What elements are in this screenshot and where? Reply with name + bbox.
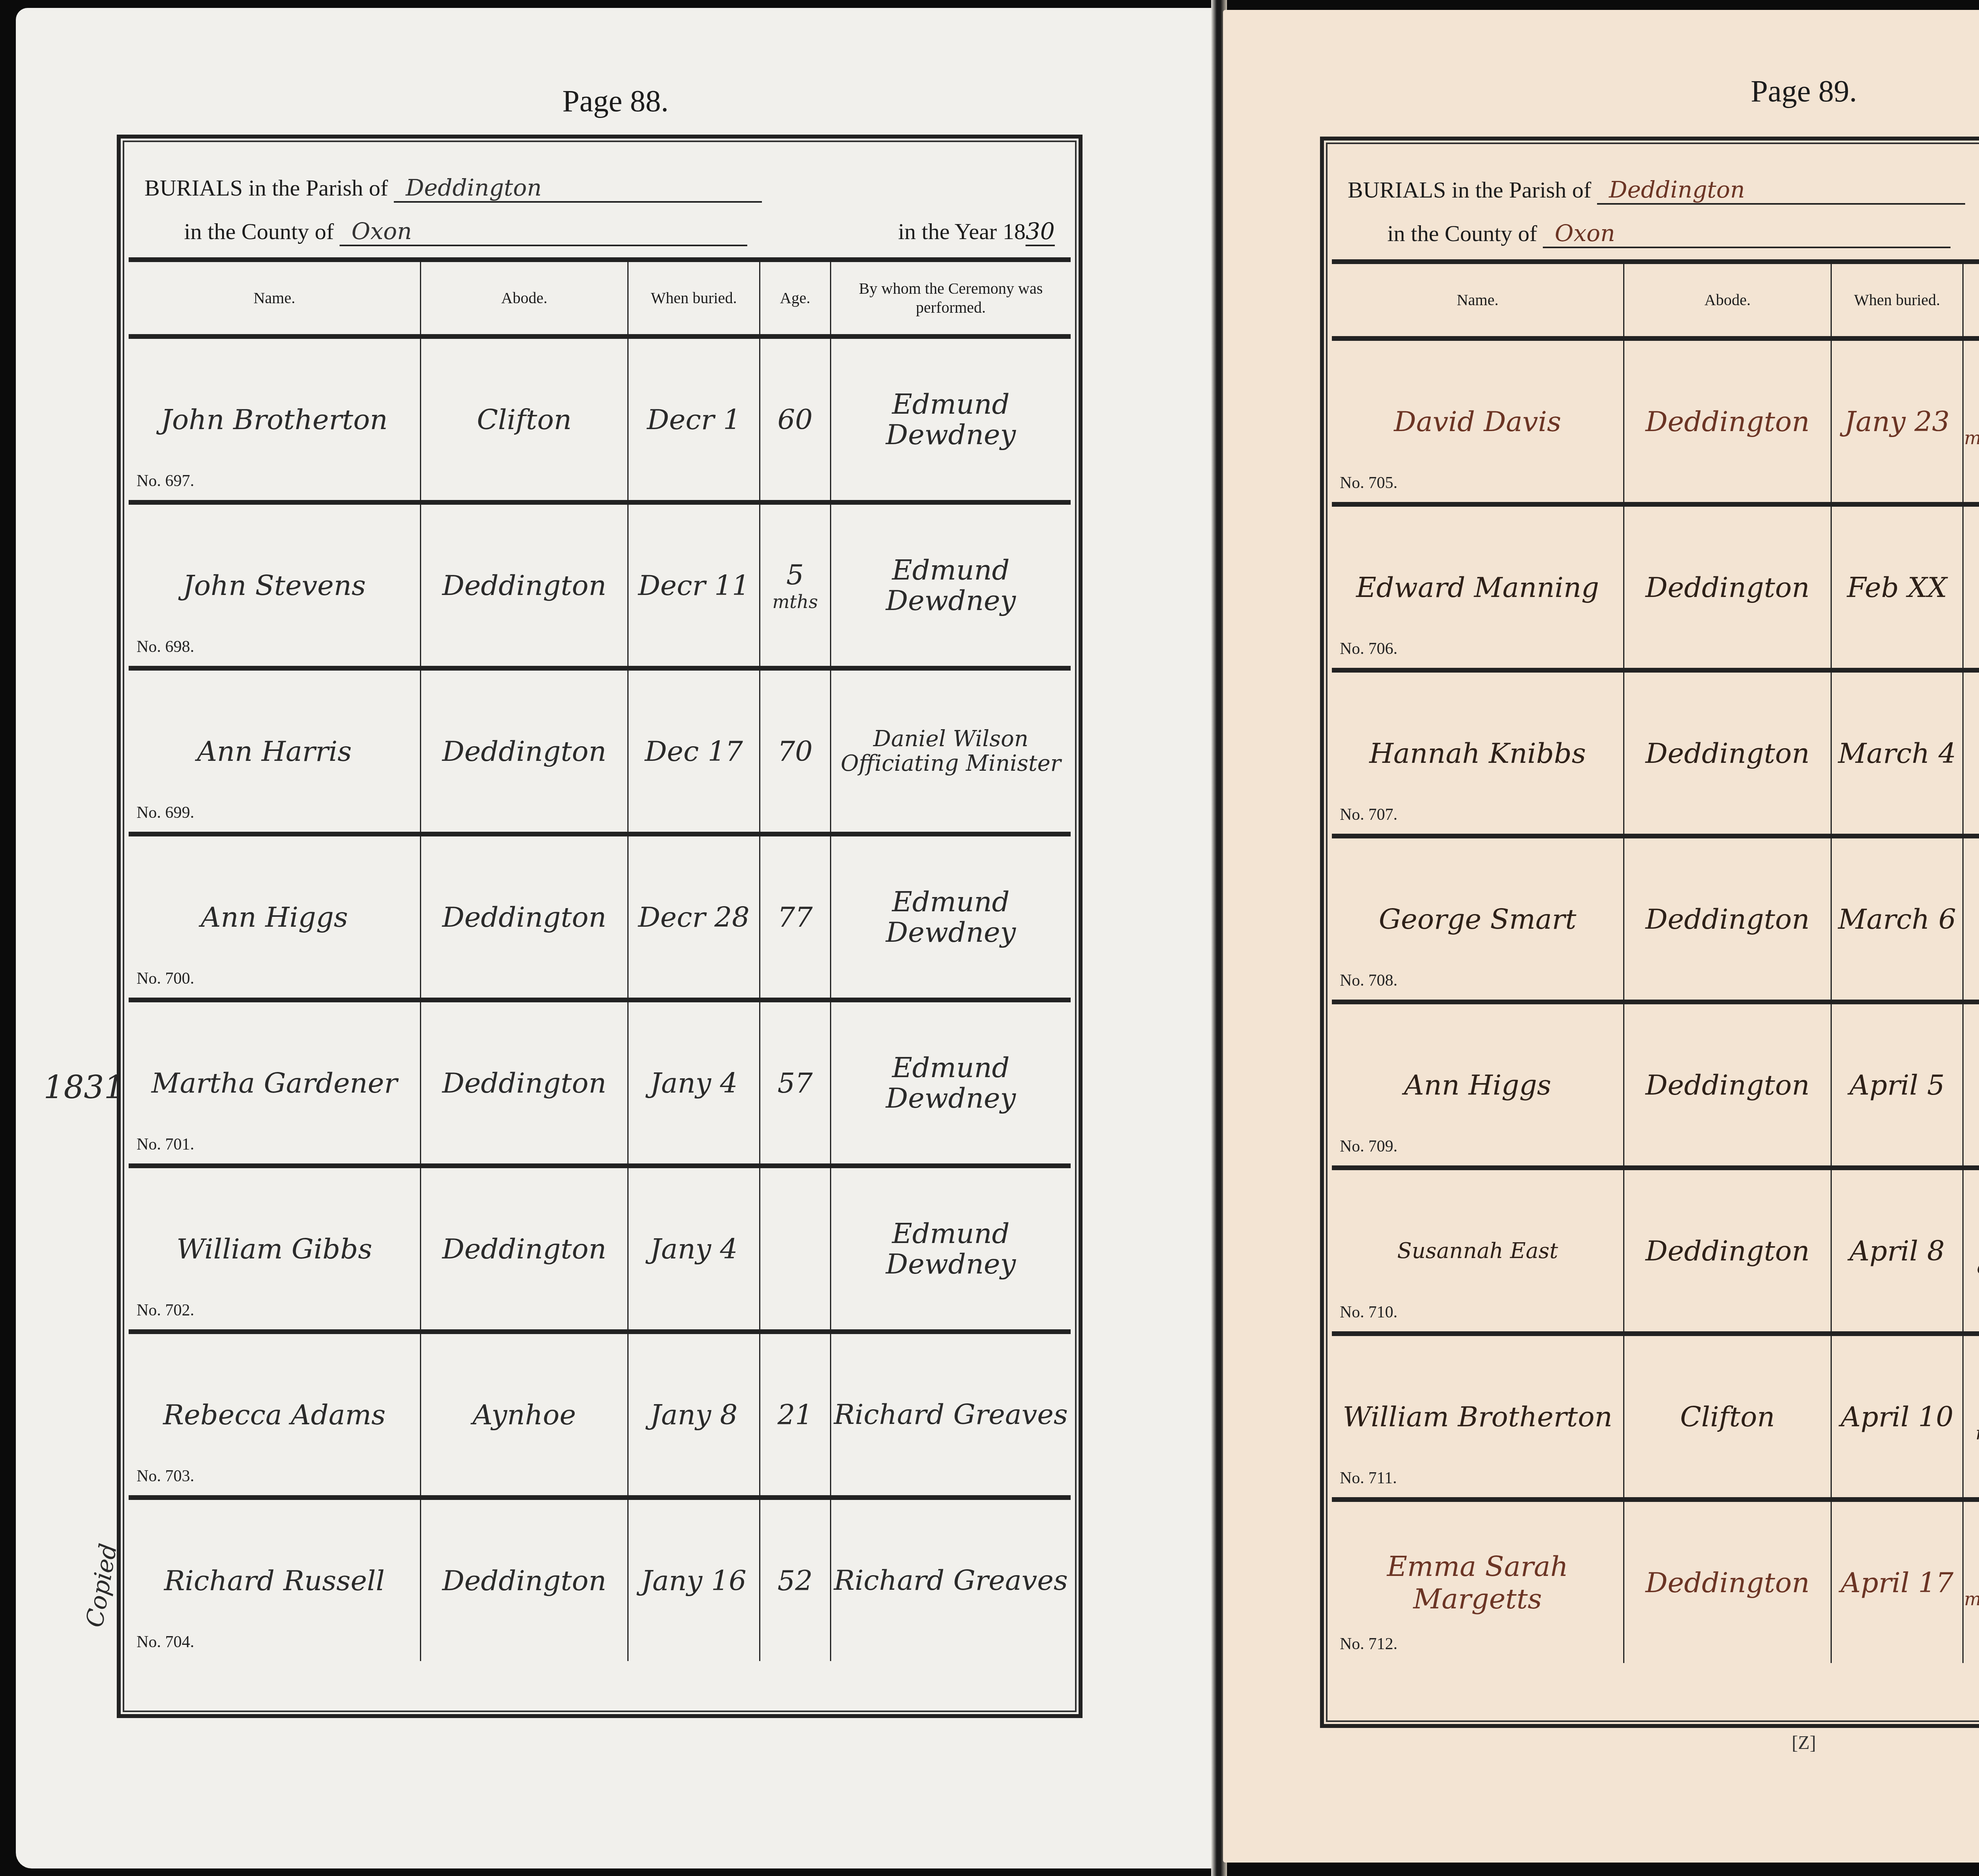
entry-abode: Clifton [421,336,628,502]
table-row: George SmartNo. 708.DeddingtonMarch 627E… [1332,836,1979,1002]
table-row: William GibbsNo. 702.DeddingtonJany 4Edm… [129,1166,1071,1332]
entry-minister: Edmund Dewdney [830,502,1071,668]
entry-when: Dec 17 [628,668,760,834]
entry-number: No. 698. [137,637,194,656]
entry-name: George Smart [1379,903,1576,935]
entry-number: No. 709. [1340,1137,1398,1156]
entry-when: March 4 [1831,670,1963,836]
entry-abode: Deddington [421,1166,628,1332]
entry-age: 77 [777,901,813,933]
register-table: Name. Abode. When buried. Age. By whom t… [129,257,1071,1661]
county-prefix: in the County of [184,219,334,244]
entry-age-unit: mths [1964,1422,1979,1444]
entry-when: April 17 [1831,1500,1963,1663]
entry-name: Edward Manning [1356,571,1599,604]
year-field: 30 [1026,218,1055,246]
entry-minister: Edmund Dewdney [830,1000,1071,1166]
table-row: Hannah KnibbsNo. 707.DeddingtonMarch 473… [1332,670,1979,836]
entry-abode: Deddington [1624,836,1831,1002]
table-row: John StevensNo. 698.DeddingtonDecr 115mt… [129,502,1071,668]
entry-minister: Richard Greaves [830,1332,1071,1498]
col-when-buried: When buried. [628,260,760,336]
entry-when: Feb XX [1831,504,1963,670]
county-field: Oxon [1543,220,1951,248]
entry-minister: Edmund Dewdney [830,1166,1071,1332]
column-headers: Name. Abode. When buried. Age. By whom t… [1332,262,1979,338]
heading-prefix: BURIALS in the Parish of [1348,177,1591,203]
entry-abode: Aynhoe [421,1332,628,1498]
entry-name: Richard Russell [164,1564,384,1597]
entry-when: March 6 [1831,836,1963,1002]
entry-number: No. 712. [1340,1635,1398,1654]
entry-number: No. 703. [137,1467,194,1486]
entry-minister: Daniel Wilson Officiating Minister [830,668,1071,834]
page-number: Page 88. [16,83,1215,119]
entry-number: No. 704. [137,1633,194,1652]
entry-name: John Brotherton [161,403,388,436]
entry-age: 60 [777,403,813,436]
county-prefix: in the County of [1387,220,1537,246]
table-row: David DavisNo. 705.DeddingtonJany 2316mo… [1332,338,1979,504]
entry-name: Martha Gardener [151,1067,397,1099]
entry-name: Emma Sarah Margetts [1387,1550,1568,1615]
entry-age: 52 [777,1564,813,1597]
right-page: Page 89. BURIALS in the Parish of Deddin… [1223,10,1979,1863]
entry-when: April 8 [1831,1168,1963,1334]
table-row: Emma Sarah MargettsNo. 712.DeddingtonApr… [1332,1500,1979,1663]
entry-name: Rebecca Adams [163,1399,386,1431]
table-row: Susannah EastNo. 710.DeddingtonApril 83d… [1332,1168,1979,1334]
entry-number: No. 699. [137,803,194,822]
signature-mark: [Z] [1223,1732,1979,1754]
entry-name: Ann Higgs [201,901,348,933]
entry-number: No. 700. [137,969,194,988]
county-field: Oxon [340,218,747,246]
entry-name: Hannah Knibbs [1369,737,1586,770]
register-heading: BURIALS in the Parish of Deddington in t… [1332,148,1979,267]
entry-when: Jany 4 [628,1166,760,1332]
entry-number: No. 711. [1340,1469,1397,1488]
entry-name: William Brotherton [1343,1401,1612,1433]
col-age: Age. [1963,262,1979,338]
entry-number: No. 697. [137,471,194,490]
entry-when: Jany 23 [1831,338,1963,504]
register-table: Name. Abode. When buried. Age. By whom t… [1332,259,1979,1663]
entry-name: Ann Higgs [1404,1069,1551,1101]
entry-minister: Edmund Dewdney [830,336,1071,502]
margin-year-note: 1831 [44,1069,124,1106]
col-abode: Abode. [1624,262,1831,338]
col-minister: By whom the Ceremony was performed. [830,260,1071,336]
table-row: Richard RussellNo. 704.DeddingtonJany 16… [129,1498,1071,1661]
col-name: Name. [129,260,421,336]
entry-abode: Deddington [421,834,628,1000]
entry-number: No. 705. [1340,473,1398,492]
entry-age-unit: months [1964,1588,1979,1610]
entry-when: April 5 [1831,1002,1963,1168]
entry-age-unit: days [1964,1256,1979,1278]
entry-age: 57 [777,1067,813,1099]
entry-number: No. 701. [137,1135,194,1154]
entry-abode: Deddington [1624,504,1831,670]
margin-copied-note: Copied [81,1541,123,1629]
entry-number: No. 708. [1340,971,1398,990]
entry-age: 5 [786,559,804,591]
table-row: Ann HiggsNo. 709.DeddingtonApril 53Edmun… [1332,1002,1979,1168]
entry-age-unit: months [1964,427,1979,449]
entry-number: No. 702. [137,1301,194,1320]
entry-name: John Stevens [183,569,366,602]
heading-prefix: BURIALS in the Parish of [144,175,388,201]
col-abode: Abode. [421,260,628,336]
year-prefix: in the Year 18 [898,219,1026,244]
entry-number: No. 707. [1340,805,1398,824]
entry-age-unit: mths [761,591,830,612]
entry-when: Jany 4 [628,1000,760,1166]
table-row: John BrothertonNo. 697.CliftonDecr 160Ed… [129,336,1071,502]
entry-when: Jany 16 [628,1498,760,1661]
entry-abode: Deddington [421,1498,628,1661]
table-row: Martha GardenerNo. 701.DeddingtonJany 45… [129,1000,1071,1166]
entry-number: No. 706. [1340,639,1398,658]
entry-when: Decr 11 [628,502,760,668]
col-age: Age. [760,260,831,336]
table-row: Edward ManningNo. 706.DeddingtonFeb XX80… [1332,504,1979,670]
entry-abode: Deddington [1624,338,1831,504]
entry-abode: Deddington [1624,670,1831,836]
table-row: Ann HiggsNo. 700.DeddingtonDecr 2877Edmu… [129,834,1071,1000]
column-headers: Name. Abode. When buried. Age. By whom t… [129,260,1071,336]
col-name: Name. [1332,262,1624,338]
table-row: Ann HarrisNo. 699.DeddingtonDec 1770Dani… [129,668,1071,834]
col-when-buried: When buried. [1831,262,1963,338]
entry-abode: Deddington [421,502,628,668]
parish-field: Deddington [394,174,762,203]
entry-abode: Deddington [421,668,628,834]
entry-when: Jany 8 [628,1332,760,1498]
entry-abode: Deddington [1624,1500,1831,1663]
entry-when: April 10 [1831,1334,1963,1500]
table-row: Rebecca AdamsNo. 703.AynhoeJany 821Richa… [129,1332,1071,1498]
entry-abode: Deddington [421,1000,628,1166]
register-heading: BURIALS in the Parish of Deddington in t… [129,146,1071,265]
entry-abode: Deddington [1624,1168,1831,1334]
burial-register: BURIALS in the Parish of Deddington in t… [117,135,1083,1718]
entry-minister: Richard Greaves [830,1498,1071,1661]
entry-minister: Edmund Dewdney [830,834,1071,1000]
entry-number: No. 710. [1340,1303,1398,1322]
entry-abode: Deddington [1624,1002,1831,1168]
entry-name: Susannah East [1397,1238,1558,1263]
entry-abode: Clifton [1624,1334,1831,1500]
entry-when: Decr 28 [628,834,760,1000]
left-page: Page 88. 1831 Copied BURIALS in the Pari… [16,8,1215,1868]
entry-name: William Gibbs [177,1233,372,1265]
entry-name: David Davis [1394,405,1561,438]
entry-when: Decr 1 [628,336,760,502]
entry-name: Ann Harris [197,735,352,768]
entry-age: 70 [777,735,813,768]
burial-register: BURIALS in the Parish of Deddington in t… [1320,137,1979,1728]
page-number: Page 89. [1223,73,1979,109]
table-row: William BrothertonNo. 711.CliftonApril 1… [1332,1334,1979,1500]
parish-field: Deddington [1597,176,1965,205]
entry-age: 21 [777,1399,813,1431]
